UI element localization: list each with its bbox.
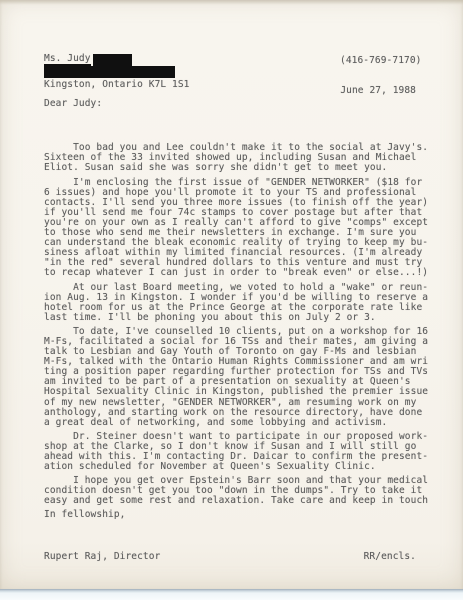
closing-line: In fellowship, [44,510,448,520]
paragraph: To date, I've counselled 10 clients, put… [44,327,448,428]
letter-body: Too bad you and Lee couldn't make it to … [44,113,448,582]
recipient-name: Ms. Judy [44,54,91,66]
signature-row: Rupert Raj, Director RR/encls. [44,552,416,562]
letter-page: Ms. Judy (416-769-7170) Kingston, Ontari… [0,0,463,589]
phone-number: (416-769-7170) [340,56,421,66]
paragraph: Dr. Steiner doesn't want to participate … [44,432,448,472]
recipient-name-line: Ms. Judy [44,54,132,66]
scanned-letter: Ms. Judy (416-769-7170) Kingston, Ontari… [0,0,463,600]
paragraph: Too bad you and Lee couldn't make it to … [44,143,448,173]
salutation: Dear Judy: [44,99,102,109]
address-city-line: Kingston, Ontario K7L 1S1 [44,80,190,90]
paragraph: At our last Board meeting, we voted to h… [44,283,448,323]
scan-bottom-edge [0,589,463,600]
signature-name: Rupert Raj, Director [44,552,160,562]
redaction-address [44,66,175,78]
redaction-surname [93,54,132,66]
reference-initials: RR/encls. [364,552,416,562]
paragraph: I'm enclosing the first issue of "GENDER… [44,178,448,279]
letter-date: June 27, 1988 [336,86,416,96]
paragraph: I hope you get over Epstein's Barr soon … [44,476,448,506]
